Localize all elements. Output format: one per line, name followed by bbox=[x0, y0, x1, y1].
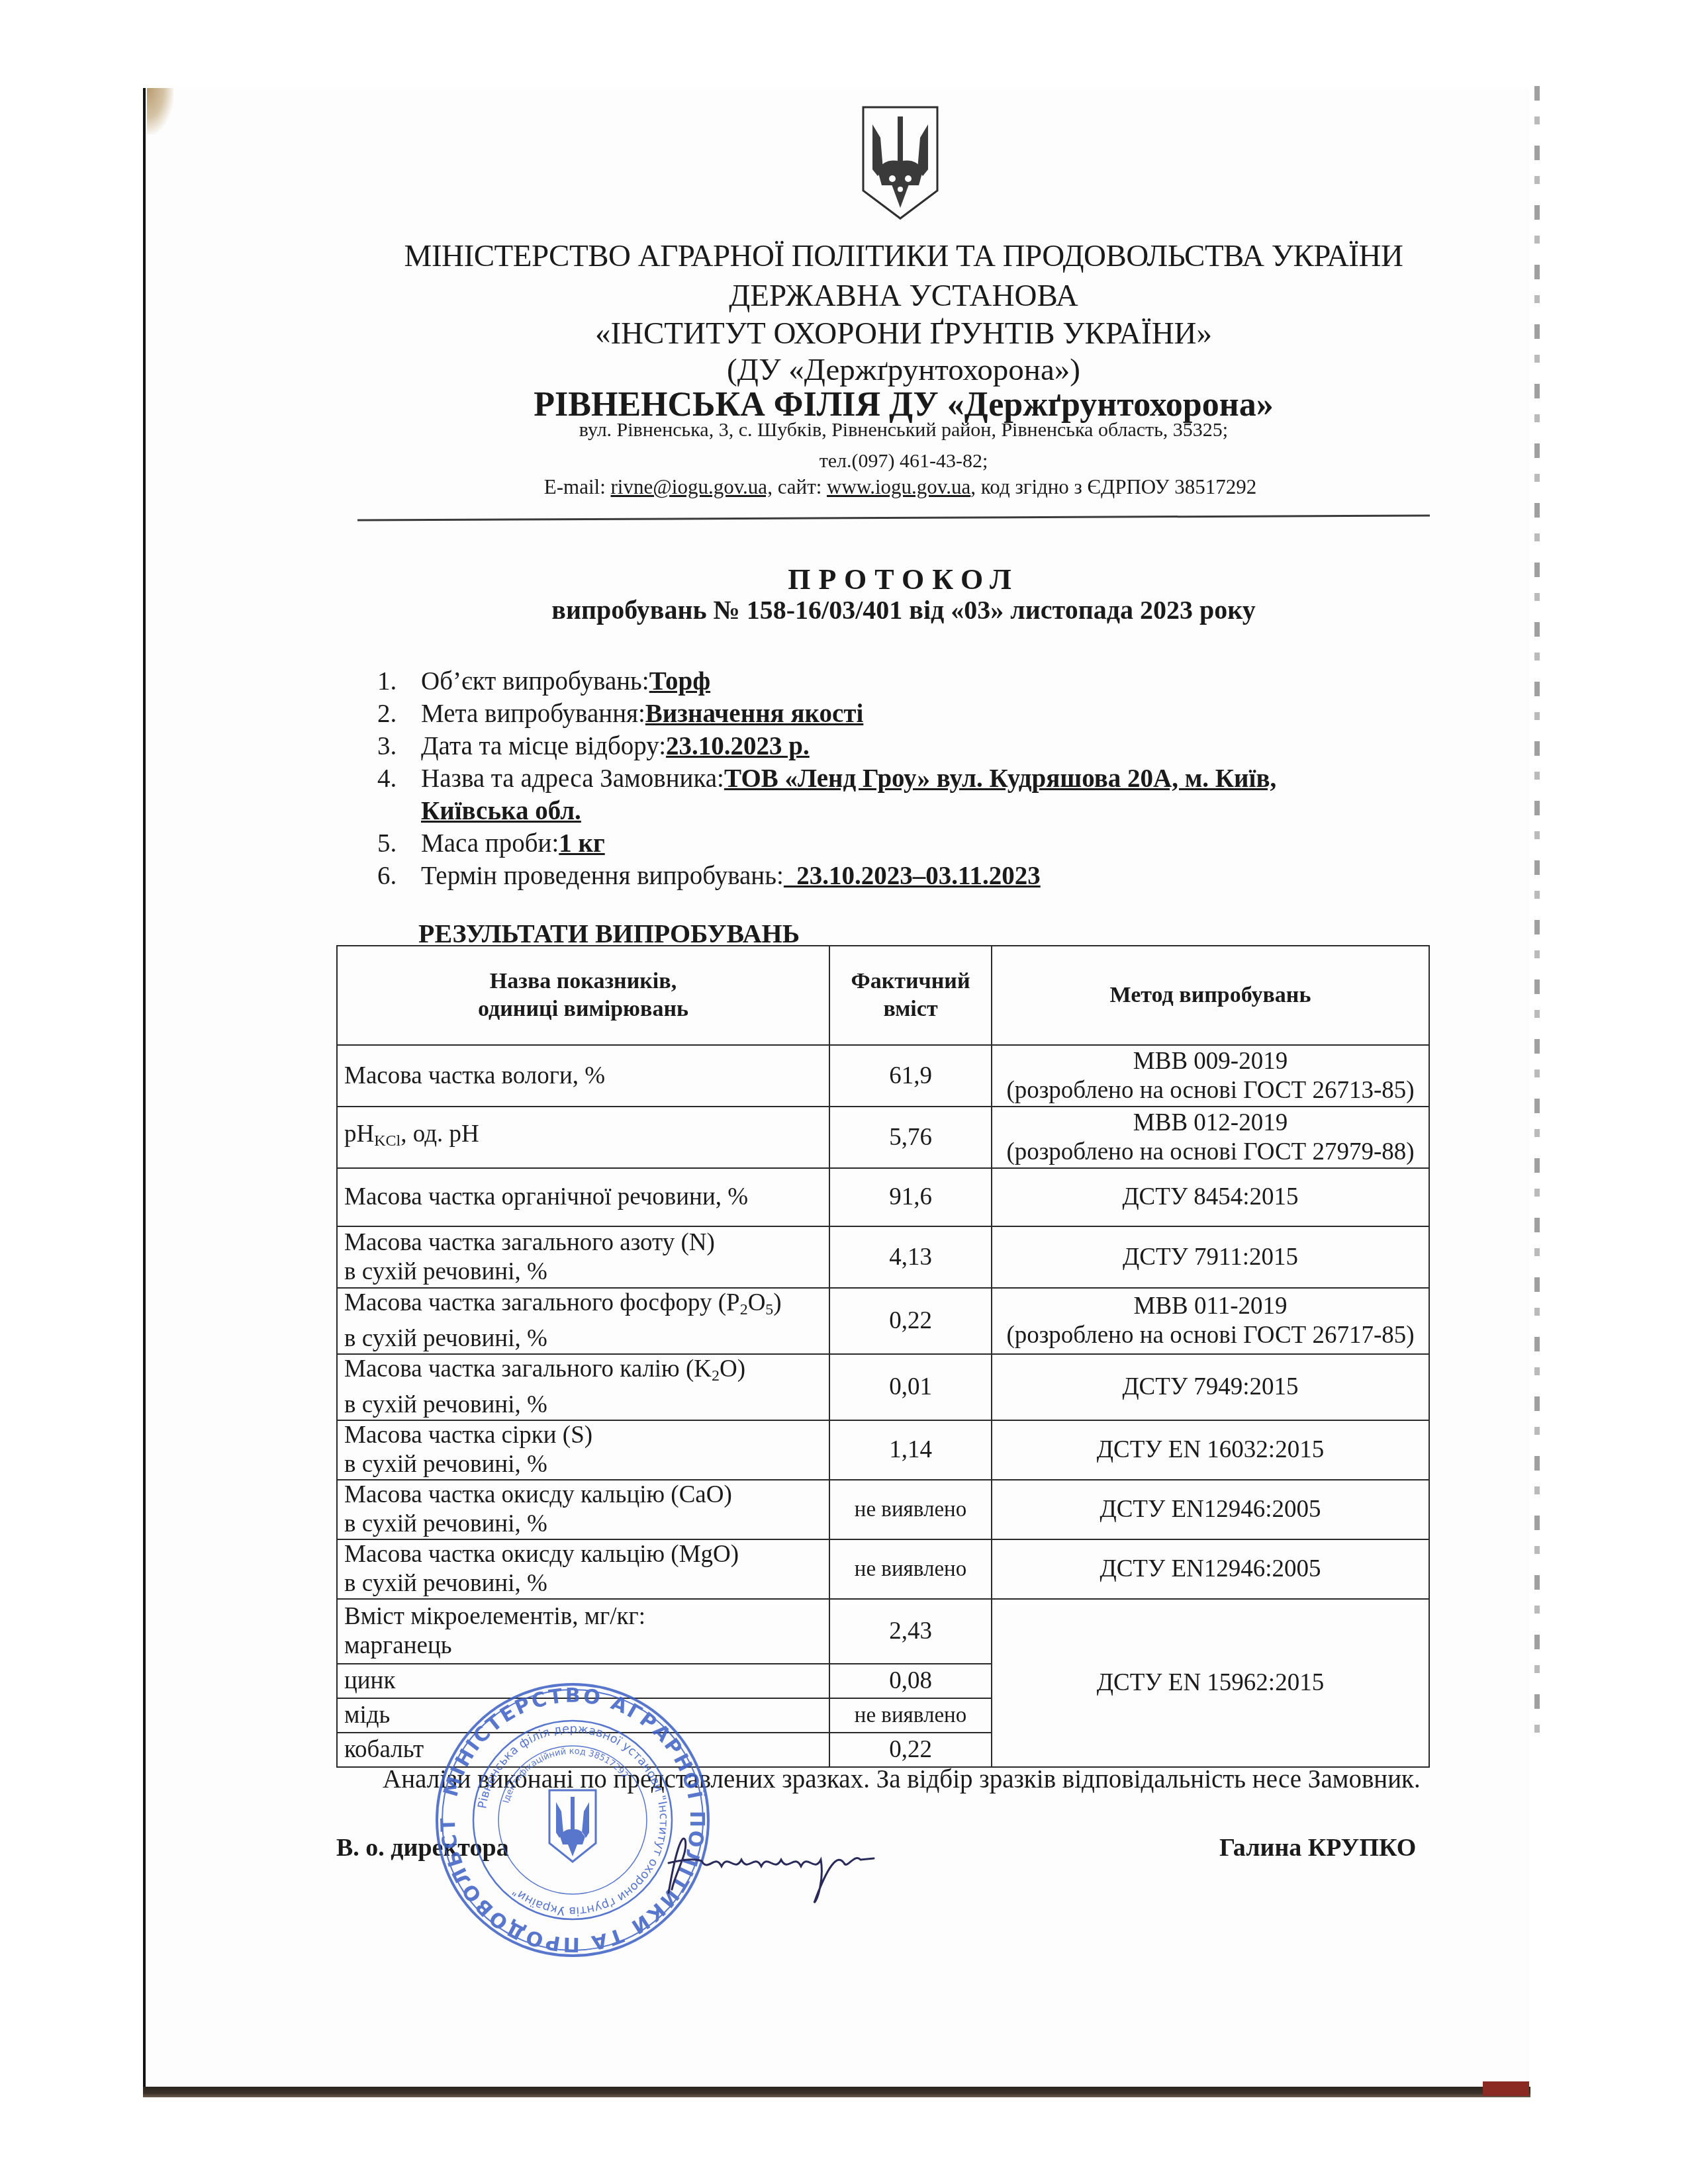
table-row: Масова частка загального фосфору (P2O5)в… bbox=[337, 1288, 1429, 1354]
cell-value: 4,13 bbox=[829, 1226, 992, 1288]
cell-value: не виявлено bbox=[829, 1480, 992, 1539]
item-label: Мета випробування: bbox=[421, 698, 645, 730]
cell-name: Масова частка окисду кальцію (CaO)в сухі… bbox=[337, 1480, 829, 1539]
signatory-name: Галина КРУПКО bbox=[1219, 1833, 1416, 1862]
svg-text:Ідентифікаційний код 38517292: Ідентифікаційний код 38517292 bbox=[501, 1747, 630, 1804]
item-value: Торф bbox=[649, 665, 710, 698]
cell-value: 0,01 bbox=[829, 1354, 992, 1420]
cell-value: 0,08 bbox=[829, 1664, 992, 1698]
item-number: 5. bbox=[377, 827, 421, 860]
table-row: Масова частка сірки (S)в сухій речовині,… bbox=[337, 1420, 1429, 1480]
cell-value: 61,9 bbox=[829, 1045, 992, 1107]
sample-info-list: 1.Об’єкт випробувань: Торф 2.Мета випроб… bbox=[377, 665, 1436, 892]
list-item: 3.Дата та місце відбору: 23.10.2023 р. bbox=[377, 730, 1436, 762]
institute-abbrev: (ДУ «Держґрунтохорона») bbox=[0, 352, 1688, 388]
item-value: 1 кг bbox=[559, 827, 604, 860]
cell-value: 5,76 bbox=[829, 1107, 992, 1168]
results-table: Назва показників,одиниці вимірювань Факт… bbox=[336, 945, 1430, 1768]
item-number: 2. bbox=[377, 698, 421, 730]
cell-name: Масова частка органічної речовини, % bbox=[337, 1168, 829, 1226]
table-row: Масова частка загального азоту (N)в сухі… bbox=[337, 1226, 1429, 1288]
item-label: Маса проби: bbox=[421, 827, 559, 860]
table-row: Масова частка органічної речовини, % 91,… bbox=[337, 1168, 1429, 1226]
protocol-subtitle: випробувань № 158-16/03/401 від «03» лис… bbox=[0, 594, 1688, 625]
email-label: E-mail: bbox=[544, 475, 611, 498]
table-row: Масова частка окисду кальцію (CaO)в сухі… bbox=[337, 1480, 1429, 1539]
site-link[interactable]: www.iogu.gov.ua bbox=[827, 475, 970, 498]
branch-contacts: E-mail: rivne@iogu.gov.ua, сайт: www.iog… bbox=[0, 475, 1688, 499]
page-bottom-corner bbox=[1483, 2081, 1529, 2096]
col-header-name: Назва показників,одиниці вимірювань bbox=[337, 946, 829, 1045]
cell-name: Масова частка загального фосфору (P2O5)в… bbox=[337, 1288, 829, 1354]
item-value: 23.10.2023 р. bbox=[666, 730, 810, 762]
cell-value: 2,43 bbox=[829, 1599, 992, 1664]
director-signature bbox=[655, 1827, 920, 1906]
cell-value: 0,22 bbox=[829, 1288, 992, 1354]
cell-name: Вміст мікроелементів, мг/кг:марганець bbox=[337, 1599, 829, 1664]
col-header-value: Фактичнийвміст bbox=[829, 946, 992, 1045]
protocol-title: ПРОТОКОЛ bbox=[0, 563, 1688, 596]
list-item-continuation: Київська обл. bbox=[377, 795, 1436, 827]
cell-method: МВВ 009-2019(розроблено на основі ГОСТ 2… bbox=[992, 1045, 1429, 1107]
item-number: 3. bbox=[377, 730, 421, 762]
branch-phone: тел.(097) 461-43-82; bbox=[0, 450, 1688, 473]
cell-method: ДСТУ EN 16032:2015 bbox=[992, 1420, 1429, 1480]
cell-method: ДСТУ EN 15962:2015 bbox=[992, 1599, 1429, 1767]
list-item: 1.Об’єкт випробувань: Торф bbox=[377, 665, 1436, 698]
cell-name: Масова частка сірки (S)в сухій речовині,… bbox=[337, 1420, 829, 1480]
cell-name: Масова частка загального калію (K2O)в су… bbox=[337, 1354, 829, 1420]
table-row: pHKCl, од. pH 5,76 МВВ 012-2019(розробле… bbox=[337, 1107, 1429, 1168]
col-header-method: Метод випробувань bbox=[992, 946, 1429, 1045]
email-link[interactable]: rivne@iogu.gov.ua, bbox=[611, 475, 773, 498]
list-item: 4.Назва та адреса Замовника: ТОВ «Ленд Г… bbox=[377, 762, 1436, 795]
table-row: Масова частка загального калію (K2O)в су… bbox=[337, 1354, 1429, 1420]
item-label: Дата та місце відбору: bbox=[421, 730, 666, 762]
cell-method: ДСТУ 7949:2015 bbox=[992, 1354, 1429, 1420]
table-header-row: Назва показників,одиниці вимірювань Факт… bbox=[337, 946, 1429, 1045]
cell-name: Масова частка окисду кальцію (MgO)в сухі… bbox=[337, 1539, 829, 1599]
cell-method: ДСТУ EN12946:2005 bbox=[992, 1480, 1429, 1539]
institution-type: ДЕРЖАВНА УСТАНОВА bbox=[0, 278, 1688, 314]
results-title: РЕЗУЛЬТАТИ ВИПРОБУВАНЬ bbox=[418, 918, 800, 949]
item-value: Київська обл. bbox=[421, 795, 581, 827]
list-item: 6.Термін проведення випробувань: 23.10.2… bbox=[377, 860, 1436, 892]
cell-value: 91,6 bbox=[829, 1168, 992, 1226]
item-number: 1. bbox=[377, 665, 421, 698]
cell-name: pHKCl, од. pH bbox=[337, 1107, 829, 1168]
cell-method: ДСТУ EN12946:2005 bbox=[992, 1539, 1429, 1599]
branch-address: вул. Рівненська, 3, с. Шубків, Рівненськ… bbox=[0, 419, 1688, 441]
item-number: 6. bbox=[377, 860, 421, 892]
item-label: Назва та адреса Замовника: bbox=[421, 762, 724, 795]
cell-method: МВВ 011-2019(розроблено на основі ГОСТ 2… bbox=[992, 1288, 1429, 1354]
cell-method: МВВ 012-2019(розроблено на основі ГОСТ 2… bbox=[992, 1107, 1429, 1168]
item-value: 23.10.2023–03.11.2023 bbox=[784, 860, 1041, 892]
table-row: Вміст мікроелементів, мг/кг:марганець 2,… bbox=[337, 1599, 1429, 1664]
cell-method: ДСТУ 8454:2015 bbox=[992, 1168, 1429, 1226]
official-stamp-icon: МІНІСТЕРСТВО АГРАРНОЇ ПОЛІТИКИ ТА ПРОДОВ… bbox=[434, 1681, 712, 1959]
cell-value: 1,14 bbox=[829, 1420, 992, 1480]
cell-value: 0,22 bbox=[829, 1733, 992, 1767]
edrpou-code: , код згідно з ЄДРПОУ 38517292 bbox=[970, 475, 1256, 498]
item-number: 4. bbox=[377, 762, 421, 795]
cell-value: не виявлено bbox=[829, 1698, 992, 1733]
institute-name: «ІНСТИТУТ ОХОРОНИ ҐРУНТІВ УКРАЇНИ» bbox=[0, 316, 1688, 351]
item-label: Термін проведення випробувань: bbox=[421, 860, 784, 892]
site-label: сайт: bbox=[773, 475, 827, 498]
ministry-name: МІНІСТЕРСТВО АГРАРНОЇ ПОЛІТИКИ ТА ПРОДОВ… bbox=[0, 238, 1688, 274]
item-value: Визначення якості bbox=[645, 698, 864, 730]
item-value: ТОВ «Ленд Гроу» вул. Кудряшова 20А, м. К… bbox=[724, 762, 1276, 795]
table-row: Масова частка вологи, % 61,9 МВВ 009-201… bbox=[337, 1045, 1429, 1107]
list-item: 2.Мета випробування: Визначення якості bbox=[377, 698, 1436, 730]
cell-name: Масова частка загального азоту (N)в сухі… bbox=[337, 1226, 829, 1288]
trident-coat-of-arms-icon bbox=[861, 105, 940, 220]
page-bottom-edge bbox=[143, 2087, 1530, 2097]
cell-value: не виявлено bbox=[829, 1539, 992, 1599]
cell-method: ДСТУ 7911:2015 bbox=[992, 1226, 1429, 1288]
cell-name: Масова частка вологи, % bbox=[337, 1045, 829, 1107]
table-row: Масова частка окисду кальцію (MgO)в сухі… bbox=[337, 1539, 1429, 1599]
item-label: Об’єкт випробувань: bbox=[421, 665, 649, 698]
page-corner-shadow bbox=[147, 88, 173, 134]
list-item: 5.Маса проби: 1 кг bbox=[377, 827, 1436, 860]
